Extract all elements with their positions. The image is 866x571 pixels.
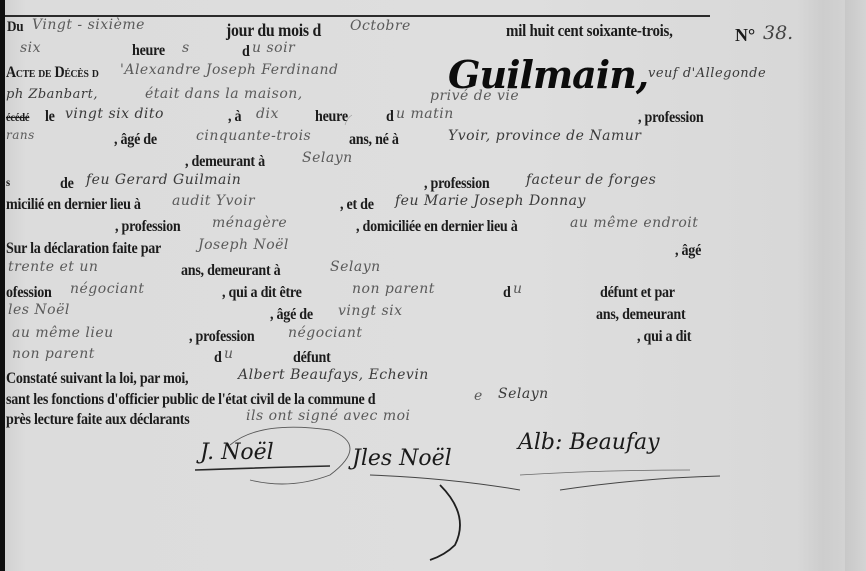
hw-prive-de-vie: privé de vie xyxy=(430,88,519,104)
record-number-label: N° xyxy=(735,25,755,46)
label-jour-du-mois: jour du mois d xyxy=(226,20,321,41)
hw-hour: six xyxy=(20,40,41,56)
label-defunt-2: défunt xyxy=(293,349,331,367)
signature-officer: Alb: Beaufay xyxy=(518,430,660,455)
hw-father-profession: facteur de forges xyxy=(526,172,656,188)
label-demeurant-a-1: , demeurant à xyxy=(185,153,265,171)
hw-declarant2-relation: non parent xyxy=(12,346,95,362)
hw-declarant2: les Noël xyxy=(8,302,70,318)
hw-spouse: veuf d'Allegonde xyxy=(648,66,766,81)
label-age-1: , âgé xyxy=(675,242,701,260)
label-heure-d: heure xyxy=(315,108,348,126)
label-d-relation-2: d xyxy=(214,349,222,367)
label-le: le xyxy=(45,108,55,126)
label-age-de-2: , âgé de xyxy=(270,306,313,324)
label-a: , à xyxy=(228,108,241,126)
hw-du-matin: u matin xyxy=(396,106,454,122)
signature-declarant-1: J. Noël xyxy=(200,440,274,465)
label-d: d xyxy=(242,43,250,61)
hw-signed: ils ont signé avec moi xyxy=(246,408,411,424)
label-profession-3: , profession xyxy=(115,218,180,236)
hw-mother: feu Marie Joseph Donnay xyxy=(395,193,586,209)
label-de: de xyxy=(60,175,74,193)
page-binding-edge xyxy=(0,0,5,571)
label-acte-de-deces: Acte de Décès d xyxy=(6,64,99,82)
hw-officer: Albert Beaufays, Echevin xyxy=(238,367,429,383)
hw-residence: Selayn xyxy=(302,150,353,166)
hw-date-dit: vingt six dito xyxy=(65,106,164,122)
hw-hour-dix: dix xyxy=(256,106,279,122)
label-profession-margin: ofession xyxy=(6,284,52,302)
hw-mother-profession: ménagère xyxy=(212,215,287,231)
hw-month: Octobre xyxy=(350,18,411,34)
label-qui-a-dit: , qui a dit xyxy=(637,328,691,346)
label-et-de: , et de xyxy=(340,196,374,214)
hw-location: était dans la maison, xyxy=(145,86,303,102)
signature-declarant-2: Jles Noël xyxy=(352,446,452,471)
hw-du-soir: u soir xyxy=(252,40,295,56)
hw-age: cinquante-trois xyxy=(196,128,311,144)
hw-day: Vingt - sixième xyxy=(32,17,145,33)
hw-declarant1-residence: Selayn xyxy=(330,259,381,275)
label-constate: Constaté suivant la loi, par moi, xyxy=(6,370,188,388)
hw-declarant2-residence: au même lieu xyxy=(12,325,114,341)
hw-birthplace: Yvoir, province de Namur xyxy=(448,128,641,144)
label-domicilie: micilié en dernier lieu à xyxy=(6,196,141,214)
page-right-edge xyxy=(845,0,866,571)
hw-prof-margin: rans xyxy=(6,128,35,142)
hw-commune-prefix: e xyxy=(474,388,483,404)
label-profession-1: , profession xyxy=(638,109,703,127)
hw-declarant2-age: vingt six xyxy=(338,303,403,319)
hw-father: feu Gerard Guilmain xyxy=(86,172,241,188)
label-domiciliee: , domiciliée en dernier lieu à xyxy=(356,218,518,236)
label-sur-la-declaration: Sur la déclaration faite par xyxy=(6,240,161,258)
label-ans-demeurant-2: ans, demeurant xyxy=(596,306,685,324)
label-d-relation-1: d xyxy=(503,284,511,302)
label-ans-demeurant: ans, demeurant à xyxy=(181,262,280,280)
margin-s: s xyxy=(6,175,10,190)
document-page: Du Vingt - sixième jour du mois d Octobr… xyxy=(0,0,866,571)
label-defunt-et-par: défunt et par xyxy=(600,284,675,302)
hw-father-domicile: audit Yvoir xyxy=(172,193,255,209)
hw-declarant2-relation-d: u xyxy=(224,346,234,362)
margin-decede: écédé xyxy=(6,110,29,125)
record-number: 38. xyxy=(763,22,793,44)
label-profession-4: , profession xyxy=(189,328,254,346)
label-d-matin: d xyxy=(386,108,394,126)
label-qui-a-dit-etre: , qui a dit être xyxy=(222,284,302,302)
hw-hour-s: s xyxy=(182,40,190,56)
hw-declarant1-profession: négociant xyxy=(70,281,145,297)
hw-spouse-name: ph Zbanbart, xyxy=(6,87,98,102)
hw-declarant2-profession: négociant xyxy=(288,325,363,341)
hw-declarant1-relation: non parent xyxy=(352,281,435,297)
label-ans-ne-a: ans, né à xyxy=(349,131,399,149)
hw-mother-domicile: au même endroit xyxy=(570,215,698,231)
hw-declarant1-relation-d: u xyxy=(513,281,523,297)
hw-deceased-first: 'Alexandre Joseph Ferdinand xyxy=(120,62,339,78)
hw-commune: Selayn xyxy=(498,386,549,402)
label-year: mil huit cent soixante-trois, xyxy=(506,21,673,41)
label-profession-2: , profession xyxy=(424,175,489,193)
hw-declarant1-age: trente et un xyxy=(8,259,98,275)
label-age-de: , âgé de xyxy=(114,131,157,149)
label-heures: heure xyxy=(132,42,165,60)
hw-declarant1: Joseph Noël xyxy=(198,237,289,253)
label-du: Du xyxy=(7,19,23,36)
label-apres-lecture: près lecture faite aux déclarants xyxy=(6,411,189,429)
label-fonctions: sant les fonctions d'officier public de … xyxy=(6,391,375,409)
